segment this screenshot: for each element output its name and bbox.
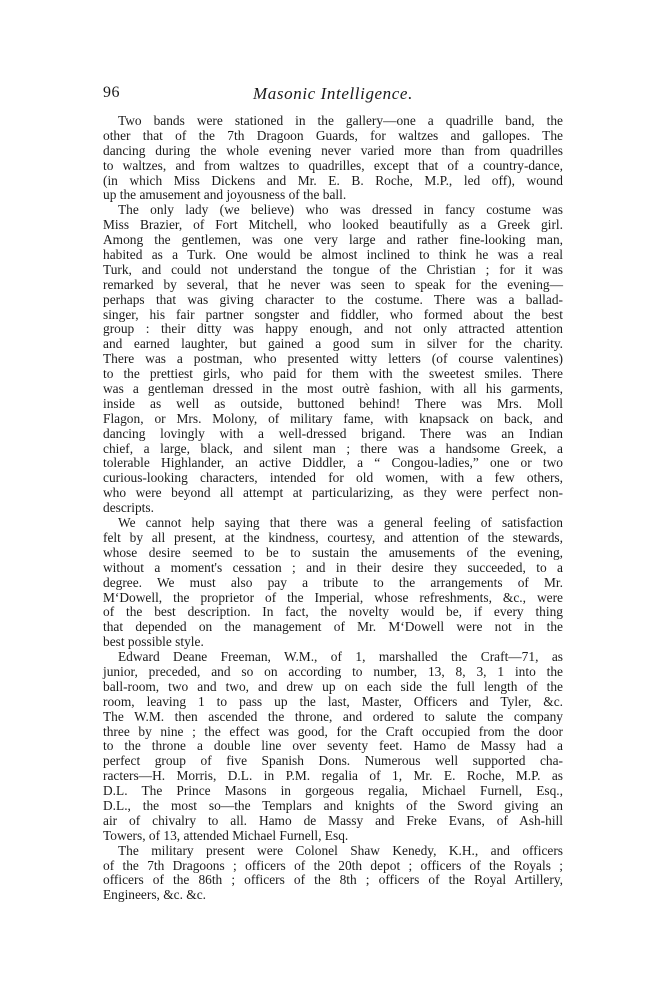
text-line: of the best description. In fact, the no… xyxy=(103,605,563,620)
scanned-page: 96 Masonic Intelligence. Two bands were … xyxy=(0,0,664,997)
text-line: remarked by several, that he never was s… xyxy=(103,278,563,293)
text-line: M‘Dowell, the proprietor of the Imperial… xyxy=(103,591,563,606)
article-body: Two bands were stationed in the gallery—… xyxy=(103,114,563,903)
text-line: three by nine ; the effect was good, for… xyxy=(103,725,563,740)
text-line: Engineers, &c. &c. xyxy=(103,888,563,903)
text-line: other that of the 7th Dragoon Guards, fo… xyxy=(103,129,563,144)
text-line: room, leaving 1 to pass up the last, Mas… xyxy=(103,695,563,710)
page-header: 96 Masonic Intelligence. xyxy=(103,84,563,104)
text-line: D.L. The Prince Masons in gorgeous regal… xyxy=(103,784,563,799)
paragraph-costumes: The only lady (we believe) who was dress… xyxy=(103,203,563,516)
text-line: tolerable Highlander, an active Diddler,… xyxy=(103,456,563,471)
text-line: curious-looking characters, intended for… xyxy=(103,471,563,486)
text-line: degree. We must also pay a tribute to th… xyxy=(103,576,563,591)
paragraph-bands: Two bands were stationed in the gallery—… xyxy=(103,114,563,203)
text-line: felt by all present, at the kindness, co… xyxy=(103,531,563,546)
text-line: inside as well as outside, buttoned behi… xyxy=(103,397,563,412)
text-line: to the throne a double line over seventy… xyxy=(103,739,563,754)
text-line: chief, a large, black, and silent man ; … xyxy=(103,442,563,457)
paragraph-military: The military present were Colonel Shaw K… xyxy=(103,844,563,904)
text-line: Turk, and could not understand the tongu… xyxy=(103,263,563,278)
text-line: Two bands were stationed in the gallery—… xyxy=(103,114,563,129)
text-line: Miss Brazier, of Fort Mitchell, who look… xyxy=(103,218,563,233)
text-line: descripts. xyxy=(103,501,563,516)
text-line: The military present were Colonel Shaw K… xyxy=(103,844,563,859)
text-line: perfect group of five Spanish Dons. Nume… xyxy=(103,754,563,769)
text-line: was a gentleman dressed in the most outr… xyxy=(103,382,563,397)
text-line: The only lady (we believe) who was dress… xyxy=(103,203,563,218)
text-line: to waltzes, and from waltzes to quadrill… xyxy=(103,159,563,174)
paragraph-stewards: We cannot help saying that there was a g… xyxy=(103,516,563,650)
text-line: We cannot help saying that there was a g… xyxy=(103,516,563,531)
text-line: junior, preceded, and so on according to… xyxy=(103,665,563,680)
text-line: air of chivalry to all. Hamo de Massy an… xyxy=(103,814,563,829)
text-line: up the amusement and joyousness of the b… xyxy=(103,188,563,203)
text-line: There was a postman, who presented witty… xyxy=(103,352,563,367)
text-line: Towers, of 13, attended Michael Furnell,… xyxy=(103,829,563,844)
text-line: dancing lovingly with a well-dressed bri… xyxy=(103,427,563,442)
running-title: Masonic Intelligence. xyxy=(103,84,563,104)
text-line: that depended on the management of Mr. M… xyxy=(103,620,563,635)
text-line: dancing during the whole evening never v… xyxy=(103,144,563,159)
paragraph-craft-procession: Edward Deane Freeman, W.M., of 1, marsha… xyxy=(103,650,563,844)
text-line: (in which Miss Dickens and Mr. E. B. Roc… xyxy=(103,174,563,189)
text-line: to the prettiest girls, who paid for the… xyxy=(103,367,563,382)
text-line: singer, his fair partner songster and fi… xyxy=(103,308,563,323)
text-line: Among the gentlemen, was one very large … xyxy=(103,233,563,248)
text-line: Edward Deane Freeman, W.M., of 1, marsha… xyxy=(103,650,563,665)
text-line: Flagon, or Mrs. Molony, of military fame… xyxy=(103,412,563,427)
text-line: and earned laughter, but gained a good s… xyxy=(103,337,563,352)
text-line: ball-room, two and two, and drew up on e… xyxy=(103,680,563,695)
text-line: racters—H. Morris, D.L. in P.M. regalia … xyxy=(103,769,563,784)
text-line: D.L., the most so—the Templars and knigh… xyxy=(103,799,563,814)
text-line: best possible style. xyxy=(103,635,563,650)
text-line: The W.M. then ascended the throne, and o… xyxy=(103,710,563,725)
text-line: perhaps that was giving character to the… xyxy=(103,293,563,308)
text-line: without a moment's cessation ; and in th… xyxy=(103,561,563,576)
text-line: who were beyond all attempt at particula… xyxy=(103,486,563,501)
text-line: of the 7th Dragoons ; officers of the 20… xyxy=(103,859,563,874)
text-line: group : their ditty was happy enough, an… xyxy=(103,322,563,337)
text-line: whose desire seemed to be to sustain the… xyxy=(103,546,563,561)
text-line: habited as a Turk. One would be almost i… xyxy=(103,248,563,263)
text-line: officers of the 86th ; officers of the 8… xyxy=(103,873,563,888)
